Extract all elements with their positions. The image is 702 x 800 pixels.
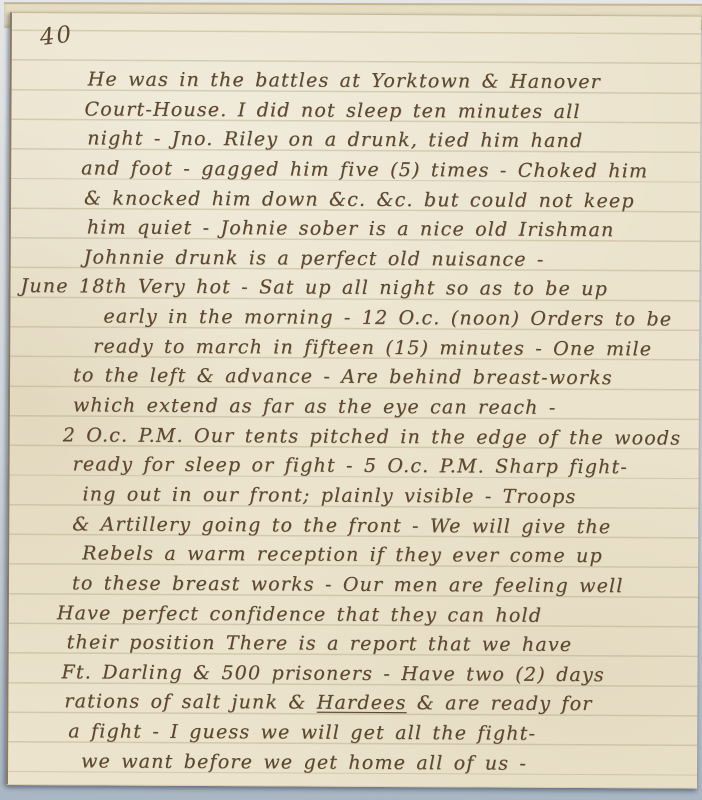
manuscript-line: rations of salt junk & Hardees & are rea… bbox=[8, 687, 691, 720]
manuscript-line: to the left & advance - Are behind breas… bbox=[10, 361, 693, 394]
manuscript-line: June 18th Very hot - Sat up all night so… bbox=[10, 272, 693, 305]
manuscript-line: Johnnie drunk is a perfect old nuisance … bbox=[11, 243, 694, 276]
manuscript-line: Ft. Darling & 500 prisoners - Have two (… bbox=[8, 658, 691, 691]
manuscript-line: him quiet - Johnie sober is a nice old I… bbox=[11, 213, 694, 246]
manuscript-line: & Artillery going to the front - We will… bbox=[9, 510, 692, 543]
underlined-word: Hardees bbox=[317, 692, 407, 714]
manuscript-line: 2 O.c. P.M. Our tents pitched in the edg… bbox=[10, 421, 693, 454]
manuscript-line: ready for sleep or fight - 5 O.c. P.M. S… bbox=[10, 450, 693, 483]
manuscript-line: a fight - I guess we will get all the fi… bbox=[8, 717, 691, 750]
manuscript-line: Court-House. I did not sleep ten minutes… bbox=[11, 95, 694, 128]
manuscript-line: which extend as far as the eye can reach… bbox=[10, 391, 693, 424]
manuscript-line: and foot - gagged him five (5) times - C… bbox=[11, 154, 694, 187]
manuscript-line: & knocked him down &c. &c. but could not… bbox=[11, 184, 694, 217]
manuscript-line: Rebels a warm reception if they ever com… bbox=[9, 539, 692, 572]
manuscript-line: Have perfect confidence that they can ho… bbox=[9, 599, 692, 632]
manuscript-line: night - Jno. Riley on a drunk, tied him … bbox=[11, 124, 694, 157]
manuscript-line: He was in the battles at Yorktown & Hano… bbox=[12, 65, 695, 98]
manuscript-line: early in the morning - 12 O.c. (noon) Or… bbox=[10, 302, 693, 335]
page-number: 40 bbox=[38, 21, 74, 51]
manuscript-line: their position There is a report that we… bbox=[9, 628, 692, 661]
diary-page: 40 He was in the battles at Yorktown & H… bbox=[6, 12, 701, 789]
scan-background: { "colors": { "paper": "#ebe3cc", "ink":… bbox=[0, 0, 702, 800]
manuscript-line: we want before we get home all of us - bbox=[8, 747, 691, 780]
manuscript-line: ing out in our front; plainly visible - … bbox=[9, 480, 692, 513]
manuscript-line: to these breast works - Our men are feel… bbox=[9, 569, 692, 602]
manuscript-lines: He was in the battles at Yorktown & Hano… bbox=[8, 65, 695, 780]
manuscript-line: ready to march in fifteen (15) minutes -… bbox=[10, 332, 693, 365]
